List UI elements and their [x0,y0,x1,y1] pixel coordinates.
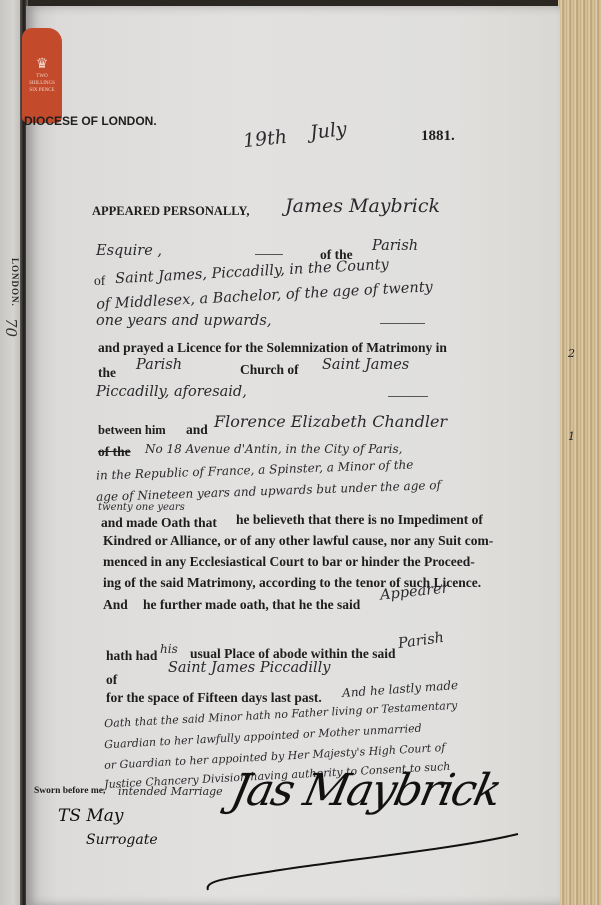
of-the-struck: of the [98,444,131,460]
stamp-text-line1: SHILLINGS [29,80,55,87]
church-name-1: Saint James [322,357,409,373]
residence-line-3: one years and upwards, [96,313,271,329]
date-year: 1881. [421,128,455,145]
surrogate-title: Surrogate [86,832,158,848]
struck-text: of the [98,444,131,459]
page-edges: 2 1 [558,0,601,905]
crown-icon: ♛ [36,57,49,73]
left-margin-number: 70 [2,318,20,337]
church-type: Parish [136,357,182,373]
parish-word: Parish [372,238,418,254]
fifteen-line: for the space of Fifteen days last past. [106,690,322,706]
date-month: July [309,118,348,144]
esquire-text: Esquire , [96,243,162,259]
bride-name: Florence Elizabeth Chandler [214,412,447,431]
church-name-2: Piccadilly, aforesaid, [96,384,247,400]
oath-line-3: menced in any Ecclesiastical Court to ba… [103,554,475,570]
stamp-text-top: TWO [36,73,47,80]
appearer-signature: Jas Maybrick [227,765,505,816]
surrogate-name: TS May [58,806,124,826]
sworn-label: Sworn before me, [34,786,105,796]
oath-line-1: he believeth that there is no Impediment… [236,512,483,528]
of-label: of [94,273,105,289]
signature-flourish [200,820,530,900]
date-day: 19th [242,126,288,152]
rule [380,323,425,324]
oath-lead: and made Oath that [101,515,217,531]
duty-stamp: ♛ TWO SHILLINGS SIX PENCE [22,28,62,123]
diocese-heading: DIOCESE OF LONDON. [24,114,157,128]
bride-line-4: twenty one years [98,502,185,513]
lastly-line-5: intended Marriage [118,785,223,798]
abode-place: Saint James Piccadilly [168,660,331,676]
abode-of: of [106,672,117,688]
edge-mark: 2 [568,347,575,360]
further-line: he further made oath, that he the said [143,597,360,613]
the-label: the [98,365,116,381]
rule [255,254,283,255]
facing-left-page [0,0,22,905]
edge-mark: 1 [568,430,575,443]
church-of-label: Church of [240,362,299,378]
further-and: And [103,597,128,613]
appearer-name: James Maybrick [285,195,440,217]
bride-line-1: No 18 Avenue d'Antin, in the City of Par… [145,442,402,456]
and-label: and [186,422,208,438]
stamp-text-line2: SIX PENCE [29,87,54,94]
prayed-line: and prayed a Licence for the Solemnizati… [98,340,447,356]
appeared-label: APPEARED PERSONALLY, [92,204,249,219]
abode-his: his [160,642,178,656]
oath-line-2: Kindred or Alliance, or of any other law… [103,533,493,549]
abode-lead: hath had [106,648,157,664]
rule [388,396,428,397]
between-label: between him [98,423,166,438]
